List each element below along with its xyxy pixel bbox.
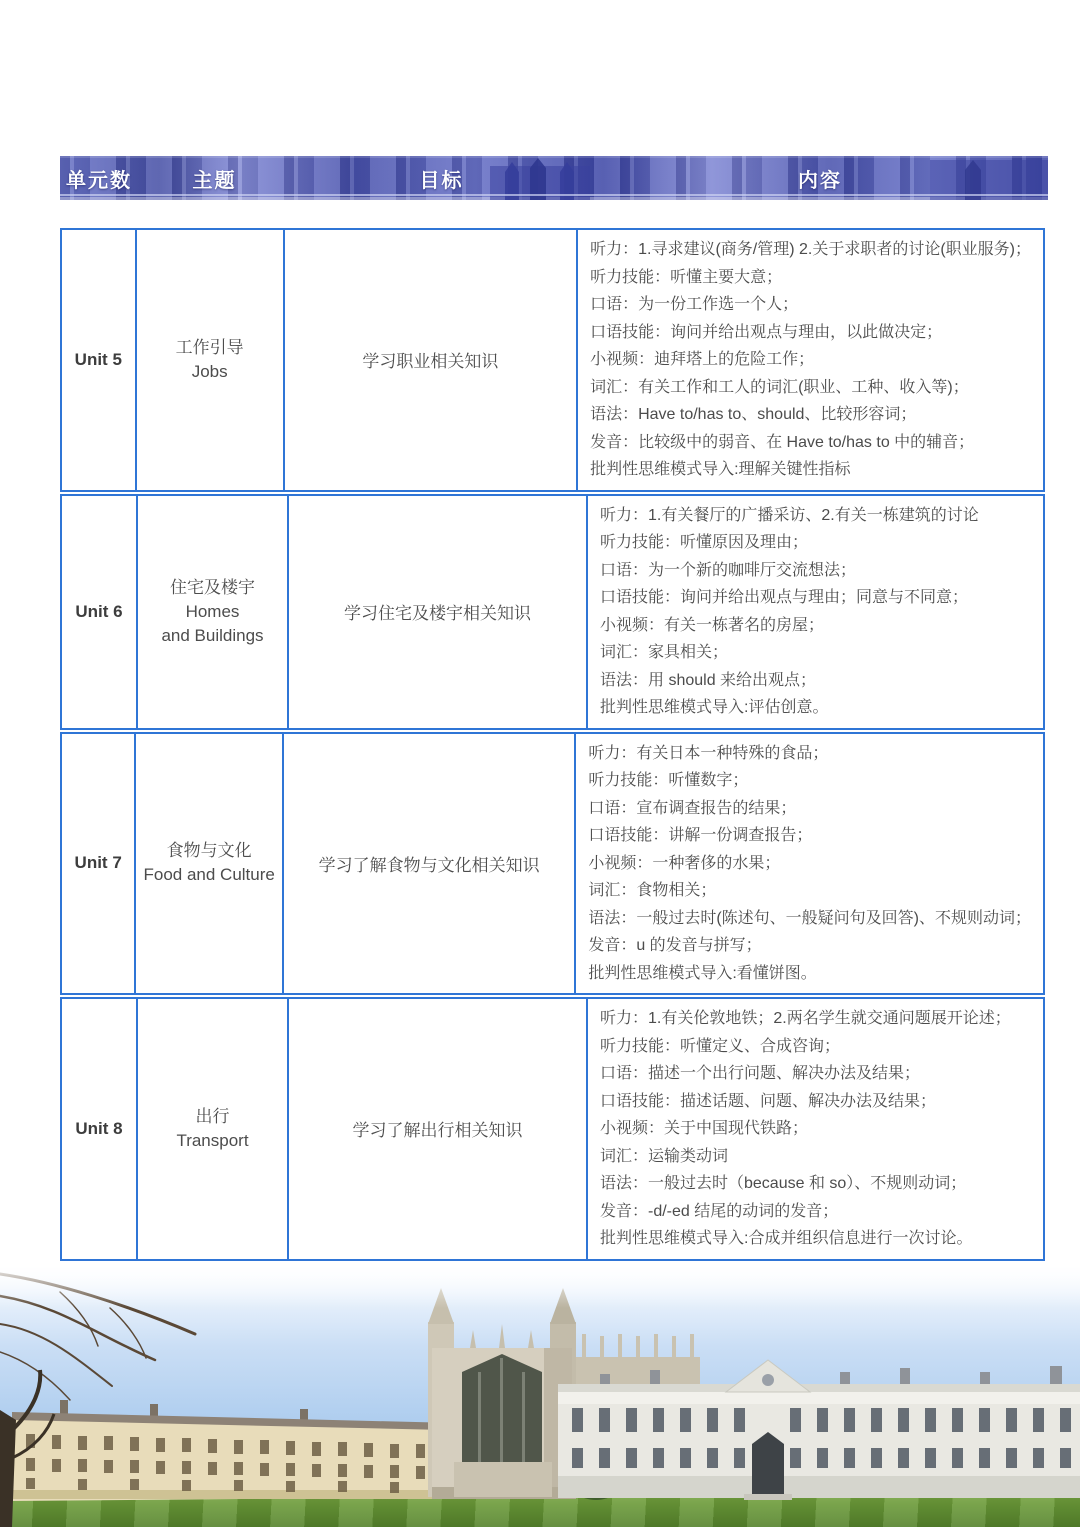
unit-topic: 工作引导 Jobs: [137, 230, 285, 490]
header-label-goal: 目标: [291, 164, 592, 193]
topic-en: Jobs: [192, 360, 228, 384]
unit-content: 听力：1.有关伦敦地铁；2.两名学生就交通问题展开论述；听力技能：听懂定义、合成…: [588, 999, 1043, 1259]
table-header-bar: 单元数 主题 目标 内容: [60, 156, 1048, 200]
unit-number: Unit 5: [62, 230, 137, 490]
chapel: [428, 1288, 576, 1499]
unit-topic: 住宅及楼宇 Homes and Buildings: [138, 496, 289, 728]
content-line: 语法：一般过去时(陈述句、一般疑问句及回答)、不规则动词；: [588, 905, 1031, 933]
content-line: 口语：宣布调查报告的结果；: [588, 795, 796, 823]
content-line: 发音：u 的发音与拼写；: [588, 932, 761, 960]
unit-topic: 食物与文化 Food and Culture: [136, 734, 284, 994]
topic-en: Food and Culture: [143, 863, 274, 887]
content-line: 口语：描述一个出行问题、解决办法及结果；: [600, 1060, 920, 1088]
content-line: 听力：1.有关餐厅的广播采访、2.有关一栋建筑的讨论: [600, 502, 979, 530]
content-line: 批判性思维模式导入:合成并组织信息进行一次讨论。: [600, 1225, 972, 1253]
content-line: 听力技能：听懂主要大意；: [590, 264, 782, 292]
content-line: 听力技能：听懂原因及理由；: [600, 529, 808, 557]
content-line: 语法：一般过去时（because 和 so）、不规则动词；: [600, 1170, 966, 1198]
topic-zh: 住宅及楼宇: [170, 576, 255, 600]
content-line: 词汇：食物相关；: [588, 877, 716, 905]
content-line: 听力：1.有关伦敦地铁；2.两名学生就交通问题展开论述；: [600, 1005, 1011, 1033]
content-line: 词汇：有关工作和工人的词汇(职业、工种、收入等)；: [590, 374, 969, 402]
topic-zh: 食物与文化: [167, 839, 252, 863]
content-line: 听力技能：听懂定义、合成咨询；: [600, 1033, 840, 1061]
topic-zh: 出行: [196, 1105, 230, 1129]
content-line: 语法：Have to/has to、should、比较形容词；: [590, 401, 916, 429]
topic-zh: 工作引导: [176, 336, 244, 360]
content-line: 发音：比较级中的弱音、在 Have to/has to 中的辅音；: [590, 429, 974, 457]
unit-goal: 学习了解出行相关知识: [289, 999, 588, 1259]
content-line: 小视频：有关一栋著名的房屋；: [600, 612, 824, 640]
content-line: 小视频：关于中国现代铁路；: [600, 1115, 808, 1143]
content-line: 小视频：迪拜塔上的危险工作；: [590, 346, 814, 374]
content-line: 听力技能：听懂数字；: [588, 767, 748, 795]
header-label-unit-number: 单元数: [60, 164, 138, 193]
content-line: 批判性思维模式导入:理解关键性指标: [590, 456, 850, 484]
header-label-content: 内容: [592, 164, 1048, 193]
unit-content: 听力：有关日本一种特殊的食品；听力技能：听懂数字；口语：宣布调查报告的结果；口语…: [576, 734, 1043, 994]
content-line: 口语技能：询问并给出观点与理由，以此做决定；: [590, 319, 942, 347]
unit-goal: 学习职业相关知识: [285, 230, 578, 490]
campus-buildings-illustration: [0, 1262, 1080, 1527]
content-line: 批判性思维模式导入:评估创意。: [600, 694, 828, 722]
table-row-unit5: Unit 5 工作引导 Jobs 学习职业相关知识 听力：1.寻求建议(商务/管…: [60, 228, 1045, 492]
content-line: 词汇：家具相关；: [600, 639, 728, 667]
tree-branches: [0, 1274, 195, 1400]
unit-topic: 出行 Transport: [138, 999, 289, 1259]
content-line: 语法：用 should 来给出观点；: [600, 667, 816, 695]
table-row-unit8: Unit 8 出行 Transport 学习了解出行相关知识 听力：1.有关伦敦…: [60, 997, 1045, 1261]
unit-goal: 学习住宅及楼宇相关知识: [289, 496, 588, 728]
unit-content: 听力：1.有关餐厅的广播采访、2.有关一栋建筑的讨论听力技能：听懂原因及理由；口…: [588, 496, 1043, 728]
content-line: 批判性思维模式导入:看懂饼图。: [588, 960, 816, 988]
table-row-unit7: Unit 7 食物与文化 Food and Culture 学习了解食物与文化相…: [60, 732, 1045, 996]
content-line: 口语技能：讲解一份调查报告；: [588, 822, 812, 850]
content-line: 口语：为一个新的咖啡厅交流想法；: [600, 557, 856, 585]
content-line: 发音：-d/-ed 结尾的动词的发音；: [600, 1198, 838, 1226]
campus-photo: [0, 1262, 1080, 1527]
header-label-topic: 主题: [138, 164, 291, 193]
content-line: 口语技能：描述话题、问题、解决办法及结果；: [600, 1088, 936, 1116]
unit-content: 听力：1.寻求建议(商务/管理) 2.关于求职者的讨论(职业服务)；听力技能：听…: [578, 230, 1043, 490]
content-line: 小视频：一种奢侈的水果；: [588, 850, 780, 878]
content-line: 口语技能：询问并给出观点与理由；同意与不同意；: [600, 584, 968, 612]
unit-number: Unit 6: [62, 496, 138, 728]
content-line: 听力：有关日本一种特殊的食品；: [588, 740, 828, 768]
unit-number: Unit 8: [62, 999, 138, 1259]
unit-goal: 学习了解食物与文化相关知识: [284, 734, 576, 994]
content-line: 口语：为一份工作选一个人；: [590, 291, 798, 319]
content-line: 听力：1.寻求建议(商务/管理) 2.关于求职者的讨论(职业服务)；: [590, 236, 1031, 264]
unit-number: Unit 7: [62, 734, 136, 994]
units-table: Unit 5 工作引导 Jobs 学习职业相关知识 听力：1.寻求建议(商务/管…: [60, 228, 1045, 1263]
topic-en: Transport: [176, 1129, 248, 1153]
header-columns: 单元数 主题 目标 内容: [60, 156, 1048, 200]
topic-en: Homes and Buildings: [161, 600, 263, 648]
syllabus-page: 单元数 主题 目标 内容 Unit 5 工作引导 Jobs 学习职业相关知识 听…: [0, 0, 1080, 1527]
content-line: 词汇：运输类动词: [600, 1143, 728, 1171]
table-row-unit6: Unit 6 住宅及楼宇 Homes and Buildings 学习住宅及楼宇…: [60, 494, 1045, 730]
